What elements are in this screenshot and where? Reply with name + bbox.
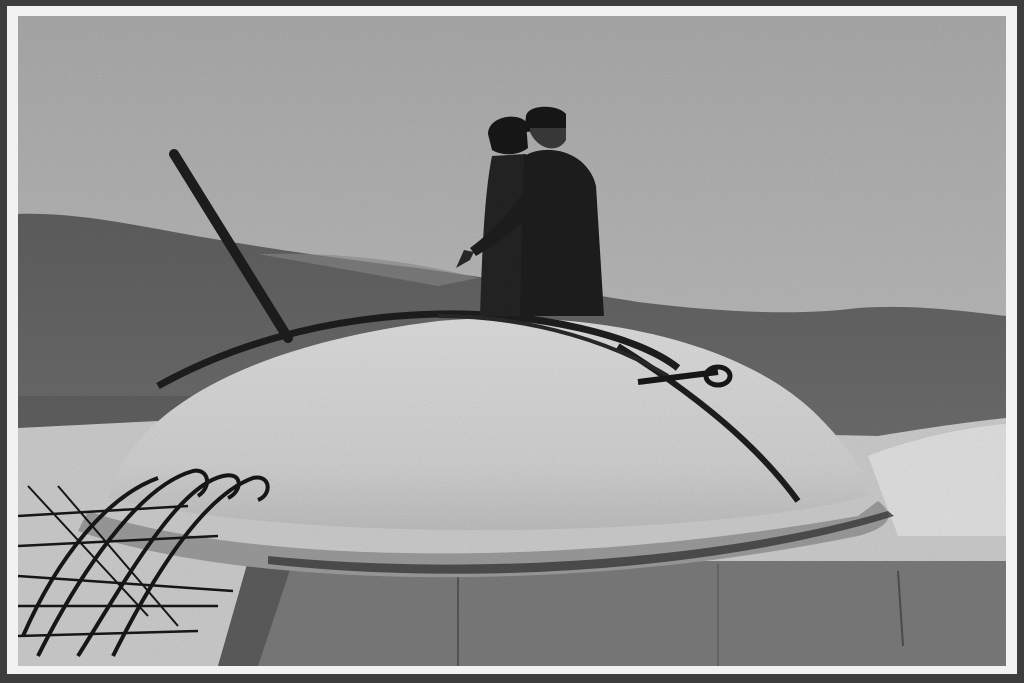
photo-scene [18, 16, 1006, 666]
photograph: Two uniformed officers standing behind a… [18, 16, 1006, 666]
photo-border: Two uniformed officers standing behind a… [7, 6, 1017, 674]
concrete-base [218, 561, 1006, 666]
outer-frame: Two uniformed officers standing behind a… [0, 0, 1024, 683]
